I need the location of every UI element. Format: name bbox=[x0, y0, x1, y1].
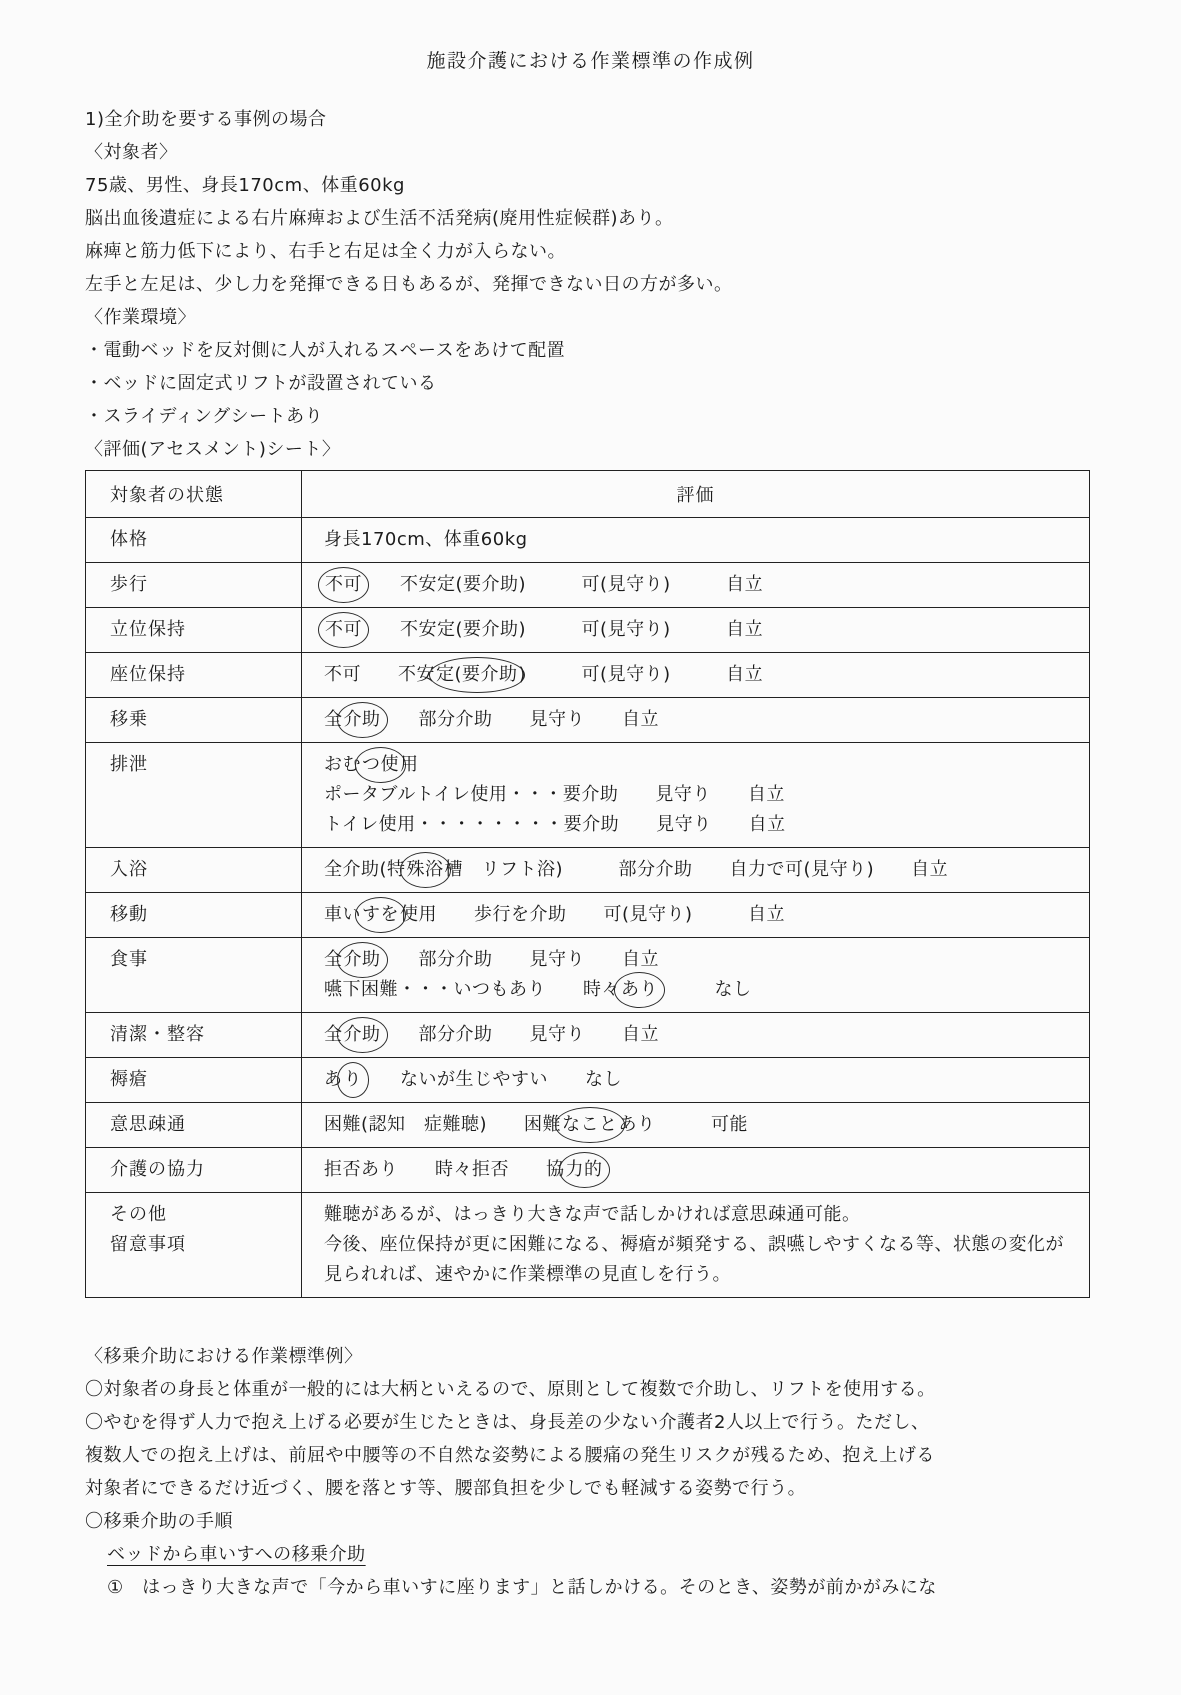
table-row: 立位保持不可 不安定(要介助) 可(見守り) 自立 bbox=[86, 608, 1090, 653]
option-text: 難聴があるが、はっきり大きな声で話しかければ意思疎通可能。 bbox=[324, 1204, 861, 1225]
row-label: 入浴 bbox=[86, 848, 302, 893]
evaluation-line: ポータブルトイレ使用・・・要介助 見守り 自立 bbox=[324, 780, 1077, 810]
option-text: 部分介助 見守り 自立 bbox=[382, 949, 660, 970]
evaluation-line: 拒否あり 時々拒否 協力的 bbox=[324, 1155, 1077, 1185]
evaluation-line: 今後、座位保持が更に困難になる、褥瘡が頻発する、誤嚥しやすくなる等、状態の変化が… bbox=[324, 1230, 1077, 1290]
option-text: ) 可(見守り) 自立 bbox=[519, 664, 764, 685]
intro-line: 75歳、男性、身長170cm、体重60kg bbox=[85, 169, 1096, 202]
table-row: 歩行不可 不安定(要介助) 可(見守り) 自立 bbox=[86, 563, 1090, 608]
evaluation-line: おむつ使用 bbox=[324, 750, 1077, 780]
procedure-line: 複数人での抱え上げは、前屈や中腰等の不自然な姿勢による腰痛の発生リスクが残るため… bbox=[85, 1439, 1096, 1472]
row-evaluation: 車いすを使用 歩行を介助 可(見守り) 自立 bbox=[302, 893, 1090, 938]
row-evaluation: あり ないが生じやすい なし bbox=[302, 1058, 1090, 1103]
row-label: 清潔・整容 bbox=[86, 1013, 302, 1058]
table-header-evaluation: 評価 bbox=[302, 471, 1090, 518]
evaluation-line: 車いすを使用 歩行を介助 可(見守り) 自立 bbox=[324, 900, 1077, 930]
row-evaluation: おむつ使用ポータブルトイレ使用・・・要介助 見守り 自立トイレ使用・・・・・・・… bbox=[302, 743, 1090, 848]
intro-line: ・スライディングシートあり bbox=[85, 400, 1096, 433]
row-label: 歩行 bbox=[86, 563, 302, 608]
document-page: 施設介護における作業標準の作成例 1)全介助を要する事例の場合〈対象者〉75歳、… bbox=[0, 0, 1181, 1695]
option-text: 困難(認知 症難聴) 困難 bbox=[324, 1114, 561, 1135]
circle-mark: つ使 bbox=[355, 747, 406, 783]
intro-line: 1)全介助を要する事例の場合 bbox=[85, 103, 1096, 136]
circle-mark: 定(要介助 bbox=[429, 657, 525, 693]
table-row: 清潔・整容全介助 部分介助 見守り 自立 bbox=[86, 1013, 1090, 1058]
evaluation-line: 嚥下困難・・・いつもあり 時々あり なし bbox=[324, 975, 1077, 1005]
evaluation-line: 身長170cm、体重60kg bbox=[324, 525, 1077, 555]
intro-line: 麻痺と筋力低下により、右手と右足は全く力が入らない。 bbox=[85, 235, 1096, 268]
option-text: 不安定(要介助) 可(見守り) 自立 bbox=[363, 574, 763, 595]
intro-line: 〈評価(アセスメント)シート〉 bbox=[85, 433, 1096, 466]
row-label: 意思疎通 bbox=[86, 1103, 302, 1148]
table-row: 移乗全介助 部分介助 見守り 自立 bbox=[86, 698, 1090, 743]
option-text: 全介助(特 bbox=[324, 859, 406, 880]
procedure-line: 対象者にできるだけ近づく、腰を落とす等、腰部負担を少しでも軽減する姿勢で行う。 bbox=[85, 1472, 1096, 1505]
procedure-line: 〇移乗介助の手順 bbox=[85, 1505, 1096, 1538]
intro-line: 左手と左足は、少し力を発揮できる日もあるが、発揮できない日の方が多い。 bbox=[85, 268, 1096, 301]
circle-mark: 不可 bbox=[318, 567, 369, 603]
row-label: 座位保持 bbox=[86, 653, 302, 698]
option-text: 部分介助 見守り 自立 bbox=[382, 709, 660, 730]
intro-line: 〈作業環境〉 bbox=[85, 301, 1096, 334]
evaluation-line: 不可 不安定(要介助) 可(見守り) 自立 bbox=[324, 570, 1077, 600]
option-text: 今後、座位保持が更に困難になる、褥瘡が頻発する、誤嚥しやすくなる等、状態の変化が… bbox=[324, 1234, 1064, 1285]
option-text: 身長170cm、体重60kg bbox=[324, 529, 528, 550]
option-text: トイレ使用・・・・・・・・要介助 見守り 自立 bbox=[324, 814, 786, 835]
table-row: 食事全介助 部分介助 見守り 自立嚥下困難・・・いつもあり 時々あり なし bbox=[86, 938, 1090, 1013]
evaluation-line: 全介助 部分介助 見守り 自立 bbox=[324, 705, 1077, 735]
evaluation-line: 難聴があるが、はっきり大きな声で話しかければ意思疎通可能。 bbox=[324, 1200, 1077, 1230]
option-text: 嚥下困難・・・いつもあり 時々 bbox=[324, 979, 620, 1000]
evaluation-line: 不可 不安定(要介助) 可(見守り) 自立 bbox=[324, 660, 1077, 690]
row-label: 介護の協力 bbox=[86, 1148, 302, 1193]
circle-mark: あり bbox=[614, 972, 665, 1008]
intro-section: 1)全介助を要する事例の場合〈対象者〉75歳、男性、身長170cm、体重60kg… bbox=[85, 103, 1096, 466]
table-row: 座位保持不可 不安定(要介助) 可(見守り) 自立 bbox=[86, 653, 1090, 698]
evaluation-line: あり ないが生じやすい なし bbox=[324, 1065, 1077, 1095]
row-evaluation: 全介助 部分介助 見守り 自立 bbox=[302, 698, 1090, 743]
row-evaluation: 不可 不安定(要介助) 可(見守り) 自立 bbox=[302, 563, 1090, 608]
table-header-subject-state: 対象者の状態 bbox=[86, 471, 302, 518]
circle-mark: すを bbox=[355, 897, 406, 933]
evaluation-line: 不可 不安定(要介助) 可(見守り) 自立 bbox=[324, 615, 1077, 645]
row-label: 食事 bbox=[86, 938, 302, 1013]
row-label: 立位保持 bbox=[86, 608, 302, 653]
procedure-line: 〇やむを得ず人力で抱え上げる必要が生じたときは、身長差の少ない介護者2人以上で行… bbox=[85, 1406, 1096, 1439]
option-text: 拒否あり 時々拒否 協 bbox=[324, 1159, 565, 1180]
intro-line: 脳出血後遺症による右片麻痺および生活不活発病(廃用性症候群)あり。 bbox=[85, 202, 1096, 235]
option-text: ポータブルトイレ使用・・・要介助 見守り 自立 bbox=[324, 784, 785, 805]
circle-mark: 不可 bbox=[318, 612, 369, 648]
procedure-lines: 〇対象者の身長と体重が一般的には大柄といえるので、原則として複数で介助し、リフト… bbox=[85, 1373, 1096, 1538]
table-row: 意思疎通困難(認知 症難聴) 困難なことあり 可能 bbox=[86, 1103, 1090, 1148]
page-title: 施設介護における作業標準の作成例 bbox=[85, 46, 1096, 73]
intro-line: ・ベッドに固定式リフトが設置されている bbox=[85, 367, 1096, 400]
assessment-table-head: 対象者の状態 評価 bbox=[86, 471, 1090, 518]
evaluation-line: 困難(認知 症難聴) 困難なことあり 可能 bbox=[324, 1110, 1077, 1140]
row-evaluation: 不可 不安定(要介助) 可(見守り) 自立 bbox=[302, 608, 1090, 653]
row-label: 移乗 bbox=[86, 698, 302, 743]
procedure-step-1: ① はっきり大きな声で「今から車いすに座ります」と話しかける。そのとき、姿勢が前… bbox=[85, 1571, 1096, 1604]
row-evaluation: 全介助 部分介助 見守り 自立 bbox=[302, 1013, 1090, 1058]
row-label: その他 留意事項 bbox=[86, 1193, 302, 1298]
circle-mark: 殊浴 bbox=[400, 852, 451, 888]
table-row: その他 留意事項難聴があるが、はっきり大きな声で話しかければ意思疎通可能。今後、… bbox=[86, 1193, 1090, 1298]
option-text: 槽 リフト浴) 部分介助 自力で可(見守り) 自立 bbox=[445, 859, 949, 880]
table-row: 介護の協力拒否あり 時々拒否 協力的 bbox=[86, 1148, 1090, 1193]
evaluation-line: トイレ使用・・・・・・・・要介助 見守り 自立 bbox=[324, 810, 1077, 840]
option-text: 用 bbox=[400, 754, 419, 775]
table-header-row: 対象者の状態 評価 bbox=[86, 471, 1090, 518]
circle-mark: 介助 bbox=[337, 1017, 388, 1053]
intro-line: 〈対象者〉 bbox=[85, 136, 1096, 169]
evaluation-line: 全介助 部分介助 見守り 自立 bbox=[324, 1020, 1077, 1050]
row-evaluation: 不可 不安定(要介助) 可(見守り) 自立 bbox=[302, 653, 1090, 698]
procedure-line: 〇対象者の身長と体重が一般的には大柄といえるので、原則として複数で介助し、リフト… bbox=[85, 1373, 1096, 1406]
procedure-heading: 〈移乗介助における作業標準例〉 bbox=[85, 1340, 1096, 1373]
circle-mark: 介助 bbox=[337, 942, 388, 978]
circle-mark: なこと bbox=[555, 1107, 625, 1143]
row-evaluation: 身長170cm、体重60kg bbox=[302, 518, 1090, 563]
row-evaluation: 全介助(特殊浴槽 リフト浴) 部分介助 自力で可(見守り) 自立 bbox=[302, 848, 1090, 893]
circle-mark: 力的 bbox=[559, 1152, 610, 1188]
row-evaluation: 全介助 部分介助 見守り 自立嚥下困難・・・いつもあり 時々あり なし bbox=[302, 938, 1090, 1013]
option-text: 不安定(要介助) 可(見守り) 自立 bbox=[363, 619, 763, 640]
row-evaluation: 拒否あり 時々拒否 協力的 bbox=[302, 1148, 1090, 1193]
procedure-section: 〈移乗介助における作業標準例〉 〇対象者の身長と体重が一般的には大柄といえるので… bbox=[85, 1340, 1096, 1604]
option-text: 不可 不安 bbox=[324, 664, 435, 685]
row-label: 体格 bbox=[86, 518, 302, 563]
table-row: 褥瘡あり ないが生じやすい なし bbox=[86, 1058, 1090, 1103]
assessment-table: 対象者の状態 評価 体格身長170cm、体重60kg歩行不可 不安定(要介助) … bbox=[85, 470, 1090, 1298]
intro-line: ・電動ベッドを反対側に人が入れるスペースをあけて配置 bbox=[85, 334, 1096, 367]
circle-mark: 介助 bbox=[337, 702, 388, 738]
row-label: 移動 bbox=[86, 893, 302, 938]
option-text: ないが生じやすい なし bbox=[363, 1069, 622, 1090]
row-label: 排泄 bbox=[86, 743, 302, 848]
row-evaluation: 困難(認知 症難聴) 困難なことあり 可能 bbox=[302, 1103, 1090, 1148]
procedure-subheading: ベッドから車いすへの移乗介助 bbox=[85, 1538, 1096, 1571]
assessment-table-body: 体格身長170cm、体重60kg歩行不可 不安定(要介助) 可(見守り) 自立立… bbox=[86, 518, 1090, 1298]
procedure-subheading-text: ベッドから車いすへの移乗介助 bbox=[107, 1544, 366, 1565]
option-text: なし bbox=[659, 979, 752, 1000]
evaluation-line: 全介助(特殊浴槽 リフト浴) 部分介助 自力で可(見守り) 自立 bbox=[324, 855, 1077, 885]
table-row: 排泄おむつ使用ポータブルトイレ使用・・・要介助 見守り 自立トイレ使用・・・・・… bbox=[86, 743, 1090, 848]
evaluation-line: 全介助 部分介助 見守り 自立 bbox=[324, 945, 1077, 975]
option-text: 使用 歩行を介助 可(見守り) 自立 bbox=[400, 904, 785, 925]
table-row: 移動車いすを使用 歩行を介助 可(見守り) 自立 bbox=[86, 893, 1090, 938]
row-label: 褥瘡 bbox=[86, 1058, 302, 1103]
option-text: 部分介助 見守り 自立 bbox=[382, 1024, 660, 1045]
table-row: 入浴全介助(特殊浴槽 リフト浴) 部分介助 自力で可(見守り) 自立 bbox=[86, 848, 1090, 893]
table-row: 体格身長170cm、体重60kg bbox=[86, 518, 1090, 563]
row-evaluation: 難聴があるが、はっきり大きな声で話しかければ意思疎通可能。今後、座位保持が更に困… bbox=[302, 1193, 1090, 1298]
option-text: あり 可能 bbox=[619, 1114, 749, 1135]
